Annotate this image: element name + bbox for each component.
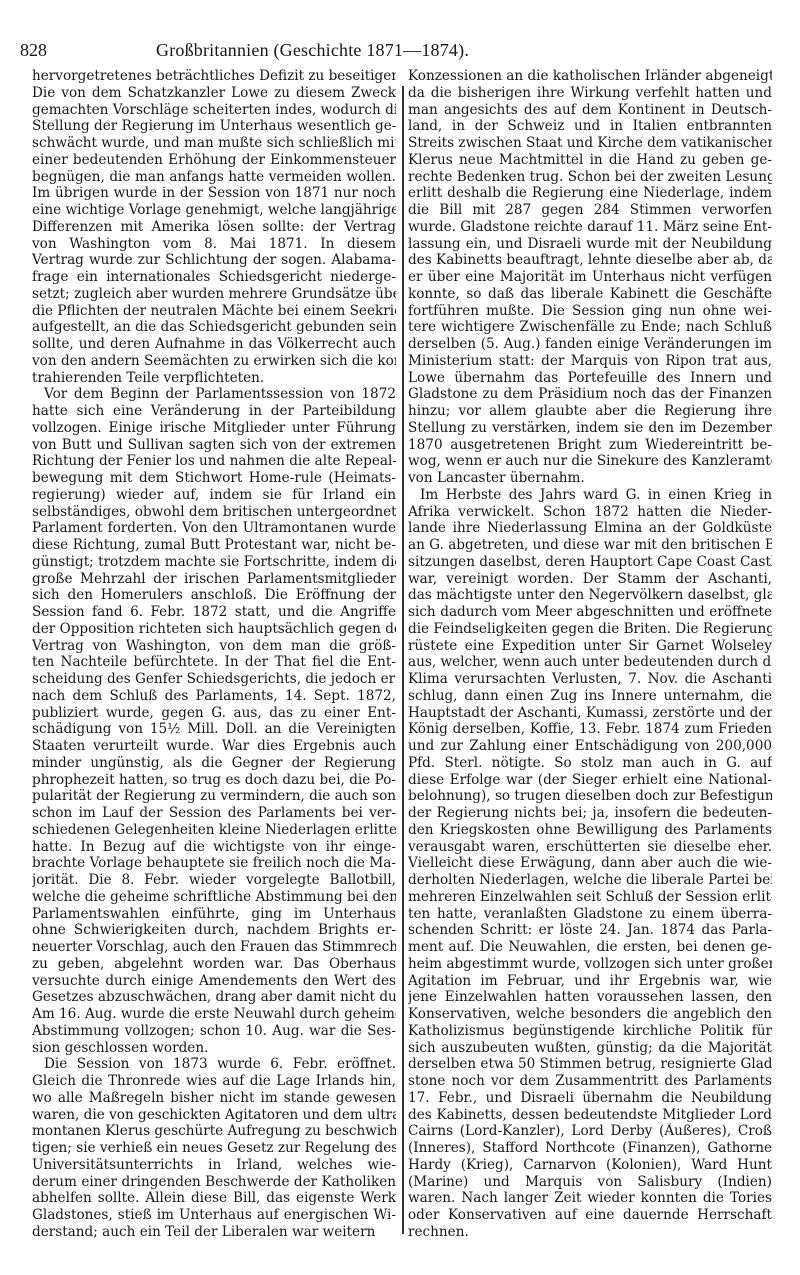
text-line: große Mehrzahl der irischen Parlamentsmi… (32, 571, 396, 588)
text-line: Die von dem Schatzkanzler Lowe zu diesem… (32, 85, 396, 102)
text-line: sich den Homerulers anschloß. Die Eröffn… (32, 587, 396, 604)
text-line: wo alle Maßregeln bisher nicht im stande… (32, 1090, 396, 1107)
text-line: des Kabinetts, dessen bedeutendste Mitgl… (408, 1107, 772, 1124)
text-line: hinzu; vor allem glaubte aber die Regier… (408, 403, 772, 420)
text-line: der Regierung nichts bei; ja, insofern d… (408, 805, 772, 822)
text-line: scheidung des Genfer Schiedsgerichts, di… (32, 671, 396, 688)
text-line: Konservativen, welche besonders die ange… (408, 1006, 772, 1023)
text-line: tigen; sie verhieß ein neues Gesetz zur … (32, 1140, 396, 1157)
text-line: nach dem Schluß des Parlaments, 14. Sept… (32, 688, 396, 705)
text-line: Konzessionen an die katholischen Irlände… (408, 68, 772, 85)
text-line: Hauptstadt der Aschanti, Kumassi, zerstö… (408, 705, 772, 722)
text-line: welche die geheime schriftliche Abstimmu… (32, 889, 396, 906)
text-line: war, vereinigt worden. Der Stamm der Asc… (408, 571, 772, 588)
text-line: regierung) wieder auf, indem sie für Irl… (32, 487, 396, 504)
text-line: Katholizismus begünstigende kirchliche P… (408, 1023, 772, 1040)
text-line: konnte, so daß das liberale Kabinett die… (408, 286, 772, 303)
text-line: wurde. Gladstone reichte darauf 11. März… (408, 219, 772, 236)
text-line: Abstimmung vollzogen; schon 10. Aug. war… (32, 1023, 396, 1040)
text-line: bewegung mit dem Stichwort Home-rule (He… (32, 470, 396, 487)
text-line: Gesetzes abzuschwächen, drang aber damit… (32, 989, 396, 1006)
text-line: neuerter Vorschlag, auch den Frauen das … (32, 939, 396, 956)
text-line: schon im Lauf der Session des Parlaments… (32, 805, 396, 822)
text-line: oder Konservativen auf eine dauernde Her… (408, 1207, 772, 1224)
text-line: derum einer dringenden Beschwerde der Ka… (32, 1174, 396, 1191)
text-line: sion geschlossen worden. (32, 1040, 396, 1057)
text-line: trahierenden Teile verpflichteten. (32, 370, 396, 387)
running-header: 828 Großbritannien (Geschichte 1871—1874… (0, 40, 800, 64)
text-line: des Kabinetts beauftragt, lehnte dieselb… (408, 252, 772, 269)
text-line: derselben (5. Aug.) fanden einige Veränd… (408, 336, 772, 353)
text-line: von Lancaster übernahm. (408, 470, 772, 487)
text-line: jene Einzelwahlen hatten voraussehen las… (408, 989, 772, 1006)
text-line: waren. Nach langer Zeit wieder konnten d… (408, 1190, 772, 1207)
text-line: 1870 ausgetretenen Bright zum Wiedereint… (408, 437, 772, 454)
text-line: Gleich die Thronrede wies auf die Lage I… (32, 1073, 396, 1090)
text-line: (Marine) und Marquis von Salisbury (Indi… (408, 1174, 772, 1191)
text-line: sitzungen daselbst, deren Hauptort Cape … (408, 554, 772, 571)
text-line: Vielleicht diese Erwägung, dann aber auc… (408, 855, 772, 872)
text-line: Agitation im Februar, und ihr Ergebnis w… (408, 973, 772, 990)
text-line: montanen Klerus geschürte Aufregung zu b… (32, 1123, 396, 1140)
text-line: den Kriegskosten ohne Bewilligung des Pa… (408, 822, 772, 839)
left-column: hervorgetretenes beträchtliches Defizit … (32, 68, 396, 1241)
text-line: einer bedeutenden Erhöhung der Einkommen… (32, 152, 396, 169)
text-line: Im übrigen wurde in der Session von 1871… (32, 185, 396, 202)
text-line: brachte Vorlage behauptete sie freilich … (32, 855, 396, 872)
text-line: belohnung), so trugen dieselben doch zur… (408, 788, 772, 805)
text-line: man angesichts des auf dem Kontinent in … (408, 102, 772, 119)
text-line: da die bisherigen ihre Wirkung verfehlt … (408, 85, 772, 102)
text-line: aufgestellt, an die das Schiedsgericht g… (32, 319, 396, 336)
text-line: und zur Zahlung einer Entschädigung von … (408, 738, 772, 755)
text-line: tere wichtigere Zwischenfälle zu Ende; n… (408, 319, 772, 336)
text-line: Hardy (Krieg), Carnarvon (Kolonien), War… (408, 1157, 772, 1174)
text-line: minder ungünstig, als die Gegner der Reg… (32, 755, 396, 772)
text-line: verausgabt waren, erschütterten sie dies… (408, 839, 772, 856)
text-line: ten Nachteile befürchtete. In der That f… (32, 654, 396, 671)
text-line: Vor dem Beginn der Parlamentssession von… (32, 386, 396, 403)
text-line: König derselben, Koffie, 13. Febr. 1874 … (408, 721, 772, 738)
text-line: von den andern Seemächten zu erwirken si… (32, 353, 396, 370)
text-line: sich auszubeuten wußten, günstig; da die… (408, 1040, 772, 1057)
text-line: lassung ein, und Disraeli wurde mit der … (408, 236, 772, 253)
text-line: schlug, dann einen Zug ins Innere untern… (408, 688, 772, 705)
text-line: günstigt; trotzdem machte sie Fortschrit… (32, 554, 396, 571)
text-line: die Bill mit 287 gegen 284 Stimmen verwo… (408, 202, 772, 219)
text-line: frage ein internationales Schiedsgericht… (32, 269, 396, 286)
text-line: (Inneres), Stafford Northcote (Finanzen)… (408, 1140, 772, 1157)
text-line: Stellung der Regierung im Unterhaus wese… (32, 118, 396, 135)
text-line: Staaten verurteilt wurde. War dies Ergeb… (32, 738, 396, 755)
text-line: Session fand 6. Febr. 1872 statt, und di… (32, 604, 396, 621)
text-line: derholten Niederlagen, welche die libera… (408, 872, 772, 889)
text-line: die Feindseligkeiten gegen die Briten. D… (408, 621, 772, 638)
text-line: heim abgestimmt wurde, vollzogen sich un… (408, 956, 772, 973)
text-line: abhelfen sollte. Allein diese Bill, das … (32, 1190, 396, 1207)
text-line: erlitt deshalb die Regierung eine Nieder… (408, 185, 772, 202)
text-line: rechnen. (408, 1224, 772, 1241)
text-line: Vertrag wurde zur Schlichtung der sogen.… (32, 252, 396, 269)
text-line: hatte sich eine Veränderung in der Parte… (32, 403, 396, 420)
column-divider (402, 86, 404, 1234)
text-line: Universitätsunterrichts in Irland, welch… (32, 1157, 396, 1174)
text-line: Streits zwischen Staat und Kirche dem va… (408, 135, 772, 152)
text-line: er über eine Majorität im Unterhaus nich… (408, 269, 772, 286)
text-line: Stellung zu verstärken, indem sie den im… (408, 420, 772, 437)
text-line: von Butt und Sullivan sagten sich von de… (32, 437, 396, 454)
text-line: Afrika verwickelt. Schon 1872 hatten die… (408, 504, 772, 521)
text-line: hervorgetretenes beträchtliches Defizit … (32, 68, 396, 85)
text-line: an G. abgetreten, und diese war mit den … (408, 537, 772, 554)
text-line: Im Herbste des Jahrs ward G. in einen Kr… (408, 487, 772, 504)
text-line: begnügen, die man anfangs hatte vermeide… (32, 169, 396, 186)
text-line: schiedenen Gelegenheiten kleine Niederla… (32, 822, 396, 839)
page-number: 828 (20, 40, 47, 61)
text-line: vollzogen. Einige irische Mitglieder unt… (32, 420, 396, 437)
text-line: der Opposition richteten sich hauptsächl… (32, 621, 396, 638)
running-title: Großbritannien (Geschichte 1871—1874). (156, 40, 469, 61)
text-line: Lowe übernahm das Portefeuille des Inner… (408, 370, 772, 387)
text-line: Die Session von 1873 wurde 6. Febr. eröf… (32, 1056, 396, 1073)
text-line: Parlament forderten. Von den Ultramontan… (32, 520, 396, 537)
text-line: zu geben, abgelehnt worden war. Das Ober… (32, 956, 396, 973)
text-line: land, in der Schweiz und in Italien entb… (408, 118, 772, 135)
right-column: Konzessionen an die katholischen Irlände… (408, 68, 772, 1241)
text-line: mehreren Einzelwahlen seit Schluß der Se… (408, 889, 772, 906)
text-line: stone noch vor dem Zusammentritt des Par… (408, 1073, 772, 1090)
text-line: das mächtigste unter den Negervölkern da… (408, 587, 772, 604)
text-line: Cairns (Lord-Kanzler), Lord Derby (Äußer… (408, 1123, 772, 1140)
text-line: schädigung von 15½ Mill. Doll. an die Ve… (32, 721, 396, 738)
text-line: setzt; zugleich aber wurden mehrere Grun… (32, 286, 396, 303)
text-line: diese Richtung, zumal Butt Protestant wa… (32, 537, 396, 554)
text-line: aus, welcher, wenn auch unter bedeutende… (408, 654, 772, 671)
text-line: rüstete eine Expedition unter Sir Garnet… (408, 638, 772, 655)
text-line: derstand; auch ein Teil der Liberalen wa… (32, 1224, 396, 1241)
text-line: eine wichtige Vorlage genehmigt, welche … (32, 202, 396, 219)
text-line: 17. Febr., und Disraeli übernahm die Neu… (408, 1090, 772, 1107)
text-line: versuchte durch einige Amendements den W… (32, 973, 396, 990)
text-line: jorität. Die 8. Febr. wieder vorgelegte … (32, 872, 396, 889)
text-line: Am 16. Aug. wurde die erste Neuwahl durc… (32, 1006, 396, 1023)
text-line: ohne Schwierigkeiten durch, nachdem Brig… (32, 922, 396, 939)
text-line: gemachten Vorschläge scheiterten indes, … (32, 102, 396, 119)
text-line: Parlamentswahlen einführte, ging im Unte… (32, 906, 396, 923)
text-line: schwächt wurde, und man mußte sich schli… (32, 135, 396, 152)
text-line: Vertrag von Washington, von dem man die … (32, 638, 396, 655)
text-line: diese Erfolge war (der Sieger erhielt ei… (408, 772, 772, 789)
text-line: phrophezeit hatten, so trug es doch dazu… (32, 772, 396, 789)
text-line: publiziert wurde, gegen G. aus, das zu e… (32, 705, 396, 722)
text-line: Gladstone zu dem Präsidium noch das der … (408, 386, 772, 403)
text-line: lande ihre Niederlassung Elmina an der G… (408, 520, 772, 537)
text-line: Ministerium statt: der Marquis von Ripon… (408, 353, 772, 370)
text-line: rechte Bedenken trug. Schon bei der zwei… (408, 169, 772, 186)
text-line: Differenzen mit Amerika lösen sollte: de… (32, 219, 396, 236)
text-line: schenden Schritt: er löste 24. Jan. 1874… (408, 922, 772, 939)
text-line: Richtung der Fenier los und nahmen die a… (32, 453, 396, 470)
text-line: sich dadurch vom Meer abgeschnitten und … (408, 604, 772, 621)
text-line: hatte. In Bezug auf die wichtigste von i… (32, 839, 396, 856)
text-line: pularität der Regierung zu vermindern, d… (32, 788, 396, 805)
text-line: waren, die von geschickten Agitatoren un… (32, 1107, 396, 1124)
text-line: ment auf. Die Neuwahlen, die ersten, bei… (408, 939, 772, 956)
text-line: Gladstones, stieß im Unterhaus auf energ… (32, 1207, 396, 1224)
text-line: selbständiges, obwohl dem britischen unt… (32, 504, 396, 521)
text-line: Klerus neue Machtmittel in die Hand zu g… (408, 152, 772, 169)
text-line: sollte, und deren Aufnahme in das Völker… (32, 336, 396, 353)
text-line: derselben etwa 50 Stimmen betrug, resign… (408, 1056, 772, 1073)
text-line: von Washington vom 8. Mai 1871. In diese… (32, 236, 396, 253)
text-line: Klima verursachten Verlusten, 7. Nov. di… (408, 671, 772, 688)
text-line: wog, wenn er auch nur die Sinekure des K… (408, 453, 772, 470)
text-line: fortführen mußte. Die Session ging nun o… (408, 303, 772, 320)
text-line: die Pflichten der neutralen Mächte bei e… (32, 303, 396, 320)
text-line: ten hatte, veranlaßten Gladstone zu eine… (408, 906, 772, 923)
text-line: Pfd. Sterl. nötigte. So stolz man auch i… (408, 755, 772, 772)
